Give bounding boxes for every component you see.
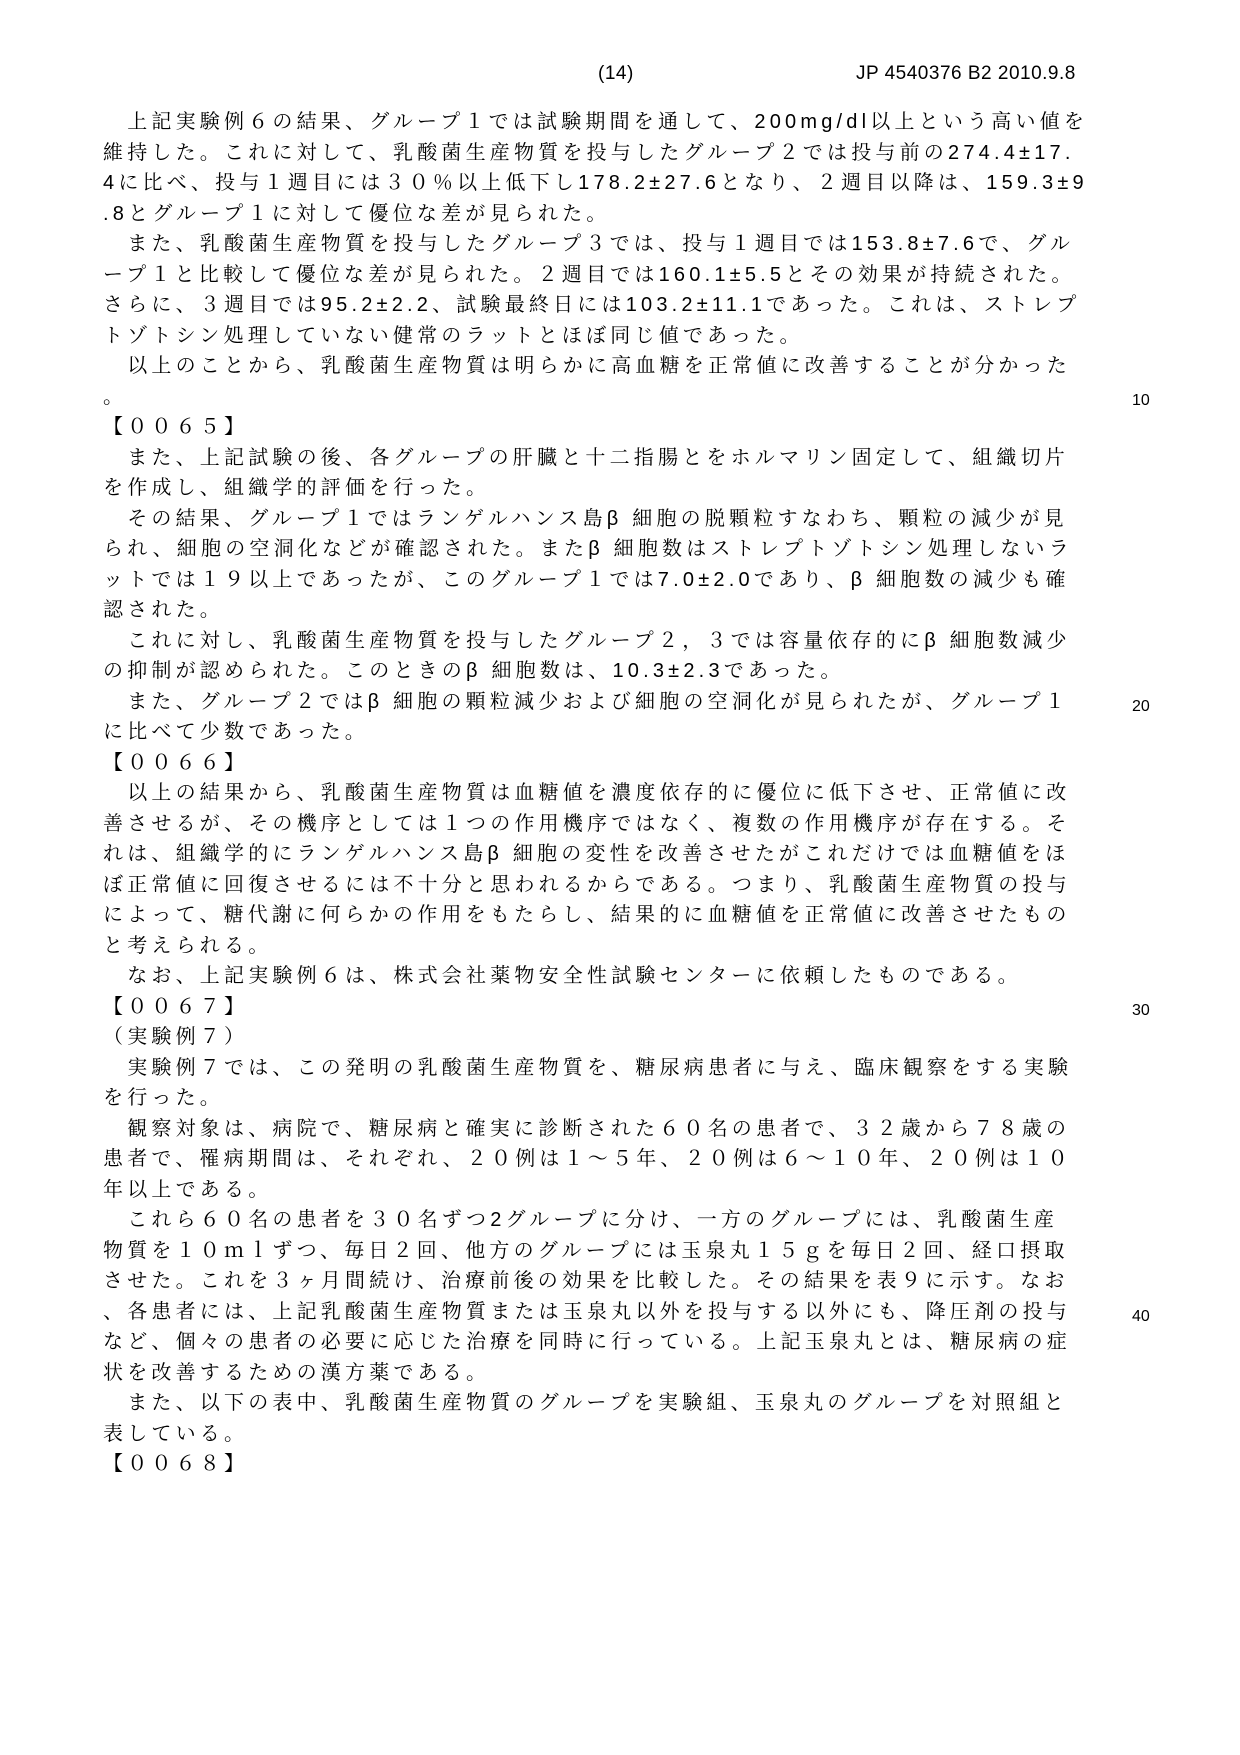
text-line: 状を改善するための漢方薬である。 bbox=[103, 1358, 1133, 1389]
text-line: 4に比べ、投与１週目には３０％以上低下し178.2±27.6となり、２週目以降は… bbox=[103, 168, 1133, 199]
text-line: これに対し、乳酸菌生産物質を投与したグループ２，３では容量依存的にβ 細胞数減少 bbox=[103, 626, 1133, 657]
body-text: 上記実験例６の結果、グループ１では試験期間を通して、200mg/dl以上という高… bbox=[103, 107, 1133, 1480]
text-line: 【００６７】 bbox=[103, 992, 1133, 1023]
text-line: ぼ正常値に回復させるには不十分と思われるからである。つまり、乳酸菌生産物質の投与 bbox=[103, 870, 1133, 901]
text-line: また、上記試験の後、各グループの肝臓と十二指腸とをホルマリン固定して、組織切片 bbox=[103, 443, 1133, 474]
text-line: なお、上記実験例６は、株式会社薬物安全性試験センターに依頼したものである。 bbox=[103, 961, 1133, 992]
text-line: の抑制が認められた。このときのβ 細胞数は、10.3±2.3であった。 bbox=[103, 656, 1133, 687]
text-line: 年以上である。 bbox=[103, 1175, 1133, 1206]
text-line: .8とグループ１に対して優位な差が見られた。 bbox=[103, 199, 1133, 230]
text-line: を作成し、組織学的評価を行った。 bbox=[103, 473, 1133, 504]
text-line: など、個々の患者の必要に応じた治療を同時に行っている。上記玉泉丸とは、糖尿病の症 bbox=[103, 1327, 1133, 1358]
text-line: 患者で、罹病期間は、それぞれ、２０例は１～５年、２０例は６～１０年、２０例は１０ bbox=[103, 1144, 1133, 1175]
text-line: 物質を１０ｍｌずつ、毎日２回、他方のグループには玉泉丸１５ｇを毎日２回、経口摂取 bbox=[103, 1236, 1133, 1267]
text-line: 観察対象は、病院で、糖尿病と確実に診断された６０名の患者で、３２歳から７８歳の bbox=[103, 1114, 1133, 1145]
text-line: と考えられる。 bbox=[103, 931, 1133, 962]
text-line: れは、組織学的にランゲルハンス島β 細胞の変性を改善させたがこれだけでは血糖値を… bbox=[103, 839, 1133, 870]
text-line: （実験例７） bbox=[103, 1022, 1133, 1053]
text-line: によって、糖代謝に何らかの作用をもたらし、結果的に血糖値を正常値に改善させたもの bbox=[103, 900, 1133, 931]
text-line: に比べて少数であった。 bbox=[103, 717, 1133, 748]
text-line: られ、細胞の空洞化などが確認された。またβ 細胞数はストレプトゾトシン処理しない… bbox=[103, 534, 1133, 565]
text-line: ットでは１９以上であったが、このグループ１では7.0±2.0であり、β 細胞数の… bbox=[103, 565, 1133, 596]
text-line: その結果、グループ１ではランゲルハンス島β 細胞の脱顆粒すなわち、顆粒の減少が見 bbox=[103, 504, 1133, 535]
header-page-number: (14) bbox=[598, 63, 634, 85]
text-line: また、グループ２ではβ 細胞の顆粒減少および細胞の空洞化が見られたが、グループ１ bbox=[103, 687, 1133, 718]
text-line: させた。これを３ヶ月間続け、治療前後の効果を比較した。その結果を表９に示す。なお bbox=[103, 1266, 1133, 1297]
text-line: 【００６５】 bbox=[103, 412, 1133, 443]
text-line: さらに、３週目では95.2±2.2、試験最終日には103.2±11.1であった。… bbox=[103, 290, 1133, 321]
text-line: 【００６６】 bbox=[103, 748, 1133, 779]
text-line: また、以下の表中、乳酸菌生産物質のグループを実験組、玉泉丸のグループを対照組と bbox=[103, 1388, 1133, 1419]
margin-line-number-30: 30 bbox=[1132, 1002, 1150, 1020]
header-publication-ref: JP 4540376 B2 2010.9.8 bbox=[856, 63, 1076, 85]
margin-line-number-20: 20 bbox=[1132, 698, 1150, 716]
text-line: 維持した。これに対して、乳酸菌生産物質を投与したグループ２では投与前の274.4… bbox=[103, 138, 1133, 169]
text-line: 上記実験例６の結果、グループ１では試験期間を通して、200mg/dl以上という高… bbox=[103, 107, 1133, 138]
text-line: トゾトシン処理していない健常のラットとほぼ同じ値であった。 bbox=[103, 321, 1133, 352]
text-line: 以上のことから、乳酸菌生産物質は明らかに高血糖を正常値に改善することが分かった bbox=[103, 351, 1133, 382]
text-line: ープ１と比較して優位な差が見られた。２週目では160.1±5.5とその効果が持続… bbox=[103, 260, 1133, 291]
text-line: 。 bbox=[103, 382, 1133, 413]
patent-document-page: (14) JP 4540376 B2 2010.9.8 上記実験例６の結果、グル… bbox=[0, 0, 1240, 1755]
text-line: 実験例７では、この発明の乳酸菌生産物質を、糖尿病患者に与え、臨床観察をする実験 bbox=[103, 1053, 1133, 1084]
text-line: これら６０名の患者を３０名ずつ2グループに分け、一方のグループには、乳酸菌生産 bbox=[103, 1205, 1133, 1236]
margin-line-number-40: 40 bbox=[1132, 1308, 1150, 1326]
text-line: 表している。 bbox=[103, 1419, 1133, 1450]
text-line: 認された。 bbox=[103, 595, 1133, 626]
text-line: 善させるが、その機序としては１つの作用機序ではなく、複数の作用機序が存在する。そ bbox=[103, 809, 1133, 840]
text-line: 以上の結果から、乳酸菌生産物質は血糖値を濃度依存的に優位に低下させ、正常値に改 bbox=[103, 778, 1133, 809]
text-line: 【００６８】 bbox=[103, 1449, 1133, 1480]
margin-line-number-10: 10 bbox=[1132, 392, 1150, 410]
text-line: を行った。 bbox=[103, 1083, 1133, 1114]
text-line: 、各患者には、上記乳酸菌生産物質または玉泉丸以外を投与する以外にも、降圧剤の投与 bbox=[103, 1297, 1133, 1328]
text-line: また、乳酸菌生産物質を投与したグループ３では、投与１週目では153.8±7.6で… bbox=[103, 229, 1133, 260]
